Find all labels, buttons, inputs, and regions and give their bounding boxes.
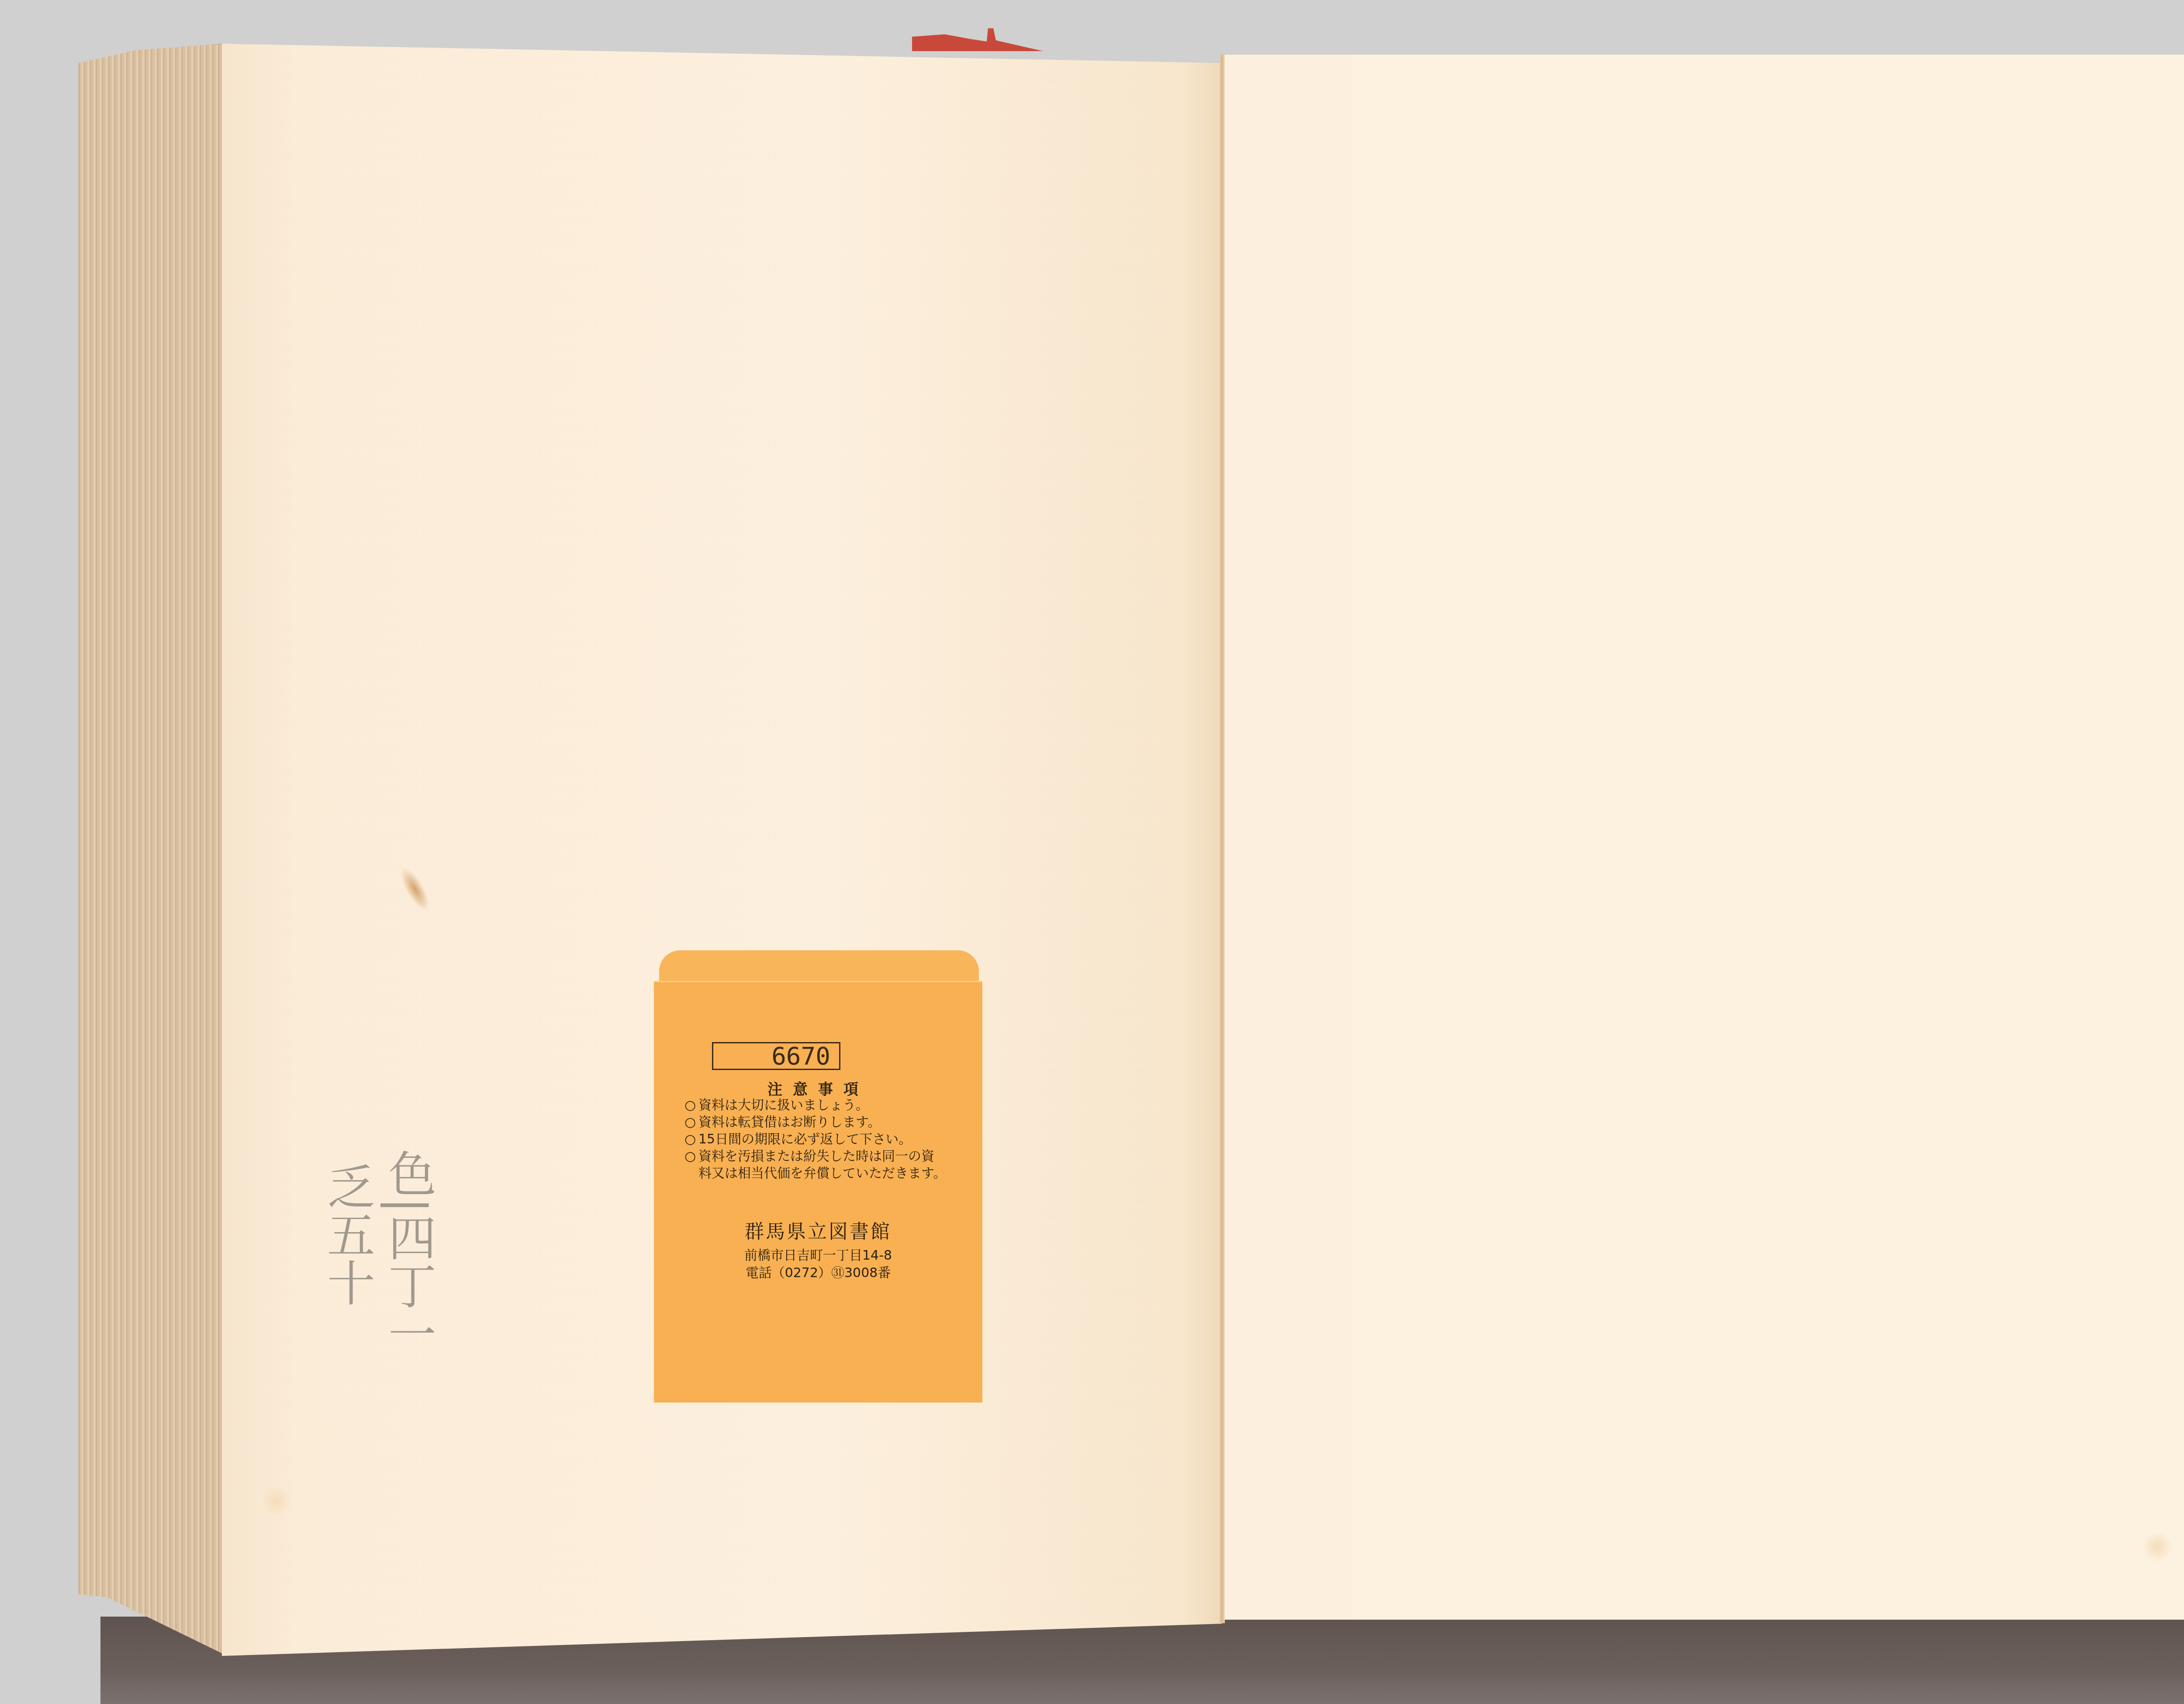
pencil-note-left-column: 乏五十 [314, 1162, 380, 1306]
library-name: 群馬県立図書館 [654, 1216, 982, 1244]
notice-item: ○ 資料は大切に扱いましょう。 [684, 1097, 947, 1114]
notice-text: 資料は大切に扱いましょう。 [698, 1098, 869, 1113]
circle-bullet-icon: ○ [684, 1148, 696, 1165]
right-page [1225, 55, 2184, 1620]
notice-item: ○ 15日間の期限に必ず返して下さい。 [684, 1131, 947, 1148]
call-number-box: 6670 [712, 1042, 840, 1070]
paper-bump [2142, 1531, 2173, 1562]
notice-list: ○ 資料は大切に扱いましょう。 ○ 資料は転貸借はお断りします。 ○ 15日間の… [684, 1097, 947, 1182]
notice-text: 資料は転貸借はお断りします。 [698, 1115, 881, 1130]
library-phone: 電話（0272）㉛3008番 [654, 1262, 982, 1281]
notice-item: ○ 資料を汚損または紛失した時は同一の資料又は相当代価を弁償していただきます。 [684, 1148, 947, 1182]
notice-title: 注意事項 [654, 1077, 982, 1099]
paper-bump [261, 1486, 292, 1516]
page-block-fore-edge [79, 44, 223, 1654]
library-address: 前橋市日吉町一丁目14-8 [654, 1244, 982, 1264]
notice-item: ○ 資料は転貸借はお断りします。 [684, 1114, 947, 1131]
circle-bullet-icon: ○ [684, 1114, 696, 1131]
faint-page-panel [1351, 55, 2184, 1620]
notice-text: 資料を汚損または紛失した時は同一の資料又は相当代価を弁償していただきます。 [698, 1149, 947, 1181]
red-bookmark-ribbon [912, 27, 1043, 51]
circle-bullet-icon: ○ [684, 1131, 696, 1148]
left-page [222, 44, 1222, 1656]
library-card-pocket: 6670 注意事項 ○ 資料は大切に扱いましょう。 ○ 資料は転貸借はお断りしま… [654, 950, 982, 1401]
pocket-body: 6670 注意事項 ○ 資料は大切に扱いましょう。 ○ 資料は転貸借はお断りしま… [654, 981, 982, 1403]
book-gutter [1220, 55, 1225, 1623]
pencil-note-right-column: 色|四丁一 [376, 1149, 441, 1358]
notice-text: 15日間の期限に必ず返して下さい。 [698, 1132, 912, 1147]
circle-bullet-icon: ○ [684, 1097, 696, 1114]
